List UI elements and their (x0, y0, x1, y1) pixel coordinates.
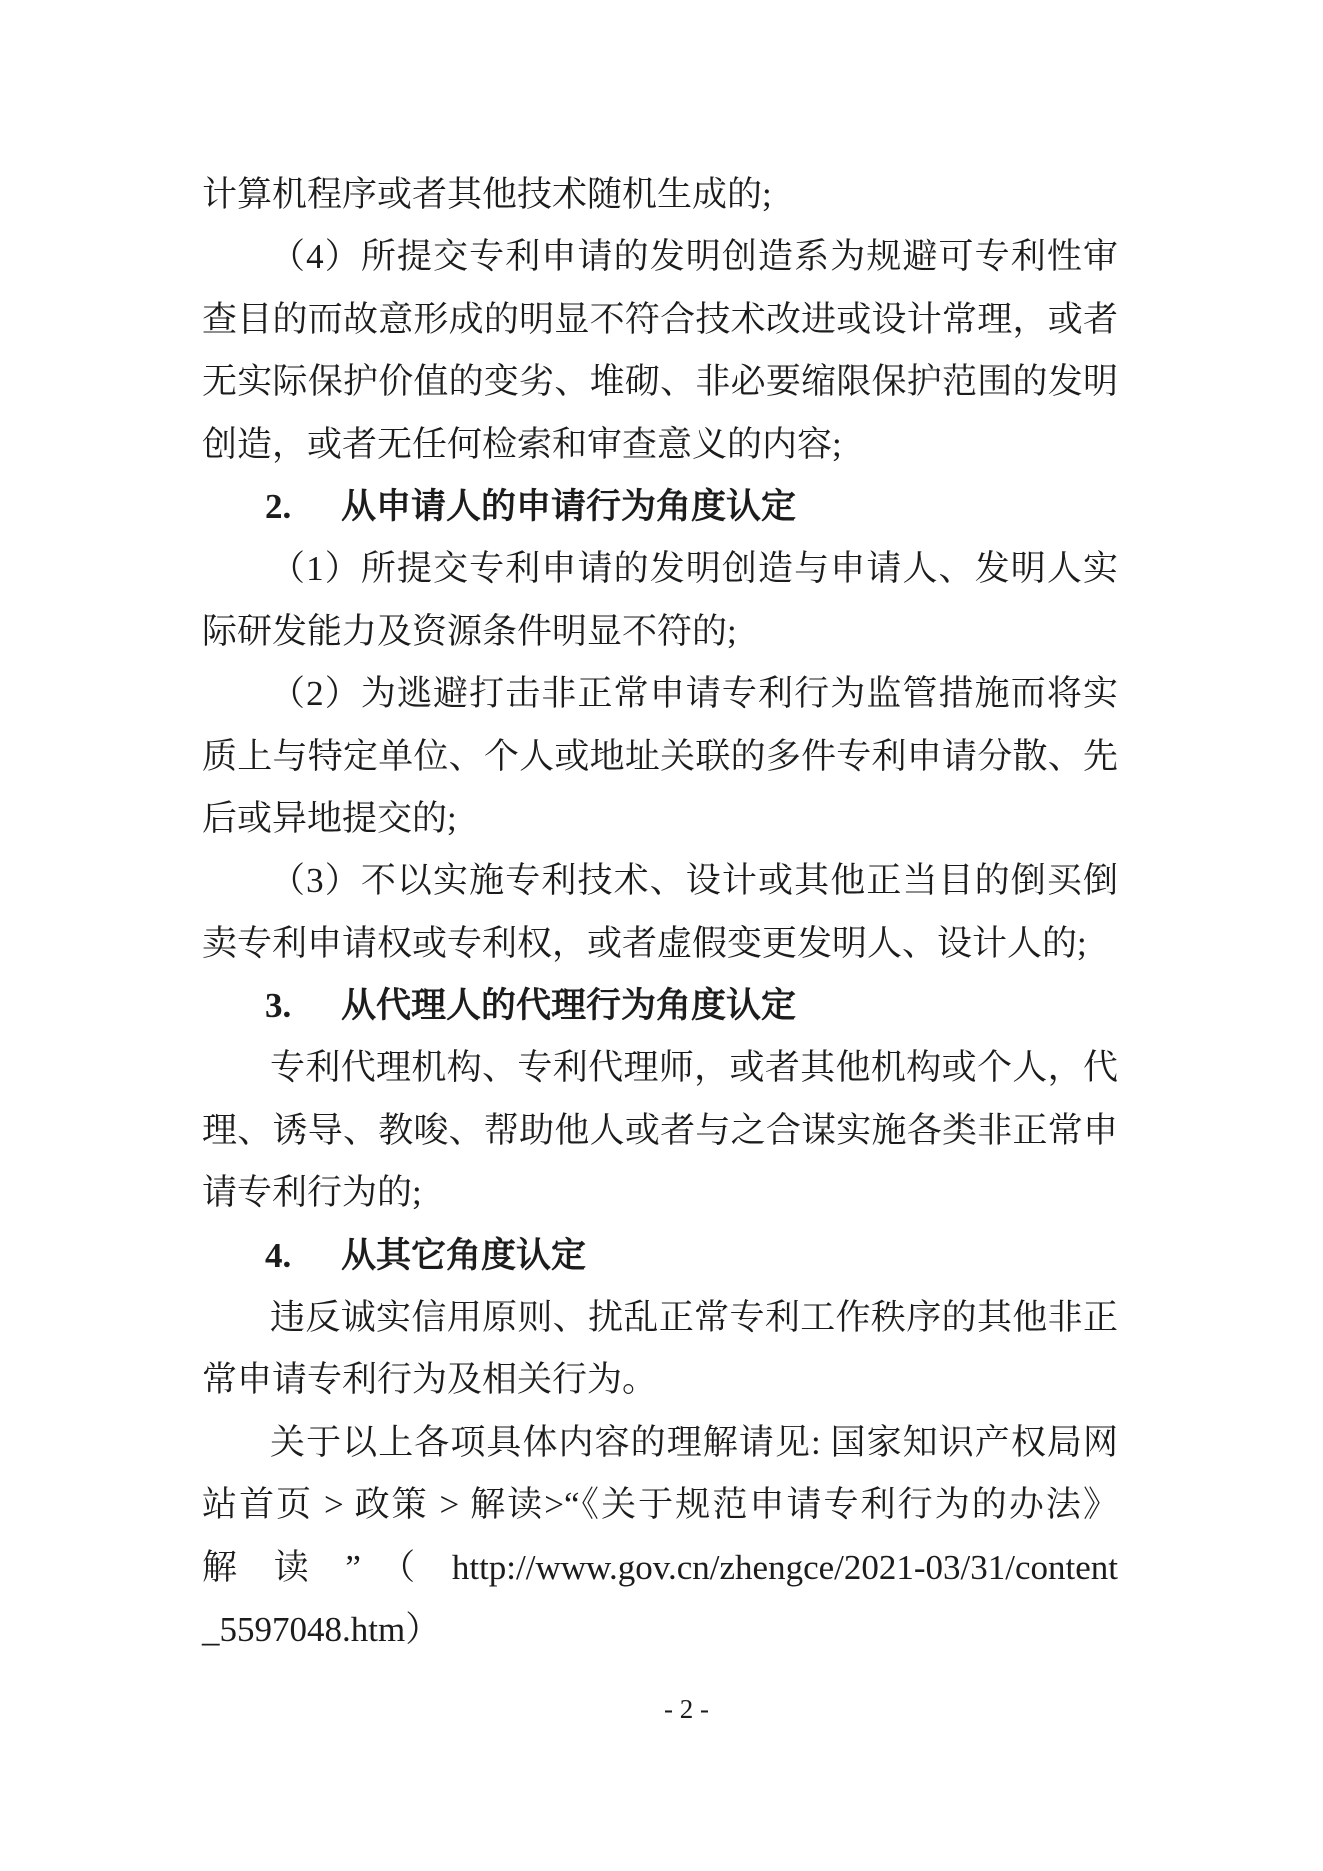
text-line: （1）所提交专利申请的发明创造与申请人、发明人实 (202, 538, 1118, 600)
text-line: 际研发能力及资源条件明显不符的; (202, 601, 1118, 663)
text-line: （4）所提交专利申请的发明创造系为规避可专利性审 (202, 226, 1118, 288)
text-line: 理、诱导、教唆、帮助他人或者与之合谋实施各类非正常申 (202, 1100, 1118, 1162)
document-page: 计算机程序或者其他技术随机生成的;（4）所提交专利申请的发明创造系为规避可专利性… (0, 0, 1323, 1871)
text-line: 创造，或者无任何检索和审查意义的内容; (202, 414, 1118, 476)
heading-number: 4. (265, 1225, 341, 1287)
text-line: 查目的而故意形成的明显不符合技术改进或设计常理，或者 (202, 289, 1118, 351)
text-line: 质上与特定单位、个人或地址关联的多件专利申请分散、先 (202, 726, 1118, 788)
page-number: - 2 - (25, 1694, 1323, 1725)
text-line: 卖专利申请权或专利权，或者虚假变更发明人、设计人的; (202, 913, 1118, 975)
text-line: _5597048.htm） (202, 1599, 1118, 1661)
text-line: 违反诚实信用原则、扰乱正常专利工作秩序的其他非正 (202, 1287, 1118, 1349)
heading-number: 2. (265, 476, 341, 538)
text-line: 后或异地提交的; (202, 788, 1118, 850)
text-line: （2）为逃避打击非正常申请专利行为监管措施而将实 (202, 663, 1118, 725)
heading-title: 从代理人的代理行为角度认定 (341, 986, 796, 1025)
text-line: 解读”（http://www.gov.cn/zhengce/2021-03/31… (202, 1537, 1118, 1599)
text-line: 专利代理机构、专利代理师，或者其他机构或个人，代 (202, 1037, 1118, 1099)
heading-line: 4.从其它角度认定 (202, 1225, 1118, 1287)
text-line: 计算机程序或者其他技术随机生成的; (202, 164, 1118, 226)
text-line: 常申请专利行为及相关行为。 (202, 1349, 1118, 1411)
text-line: （3）不以实施专利技术、设计或其他正当目的倒买倒 (202, 850, 1118, 912)
heading-line: 2.从申请人的申请行为角度认定 (202, 476, 1118, 538)
heading-title: 从申请人的申请行为角度认定 (341, 487, 796, 526)
heading-number: 3. (265, 975, 341, 1037)
text-block: 计算机程序或者其他技术随机生成的;（4）所提交专利申请的发明创造系为规避可专利性… (202, 164, 1118, 1661)
text-line: 关于以上各项具体内容的理解请见: 国家知识产权局网 (202, 1412, 1118, 1474)
text-line: 站首页 > 政策 > 解读>“《关于规范申请专利行为的办法》 (202, 1474, 1118, 1536)
heading-title: 从其它角度认定 (341, 1236, 586, 1275)
text-line: 无实际保护价值的变劣、堆砌、非必要缩限保护范围的发明 (202, 351, 1118, 413)
heading-line: 3.从代理人的代理行为角度认定 (202, 975, 1118, 1037)
text-line: 请专利行为的; (202, 1162, 1118, 1224)
